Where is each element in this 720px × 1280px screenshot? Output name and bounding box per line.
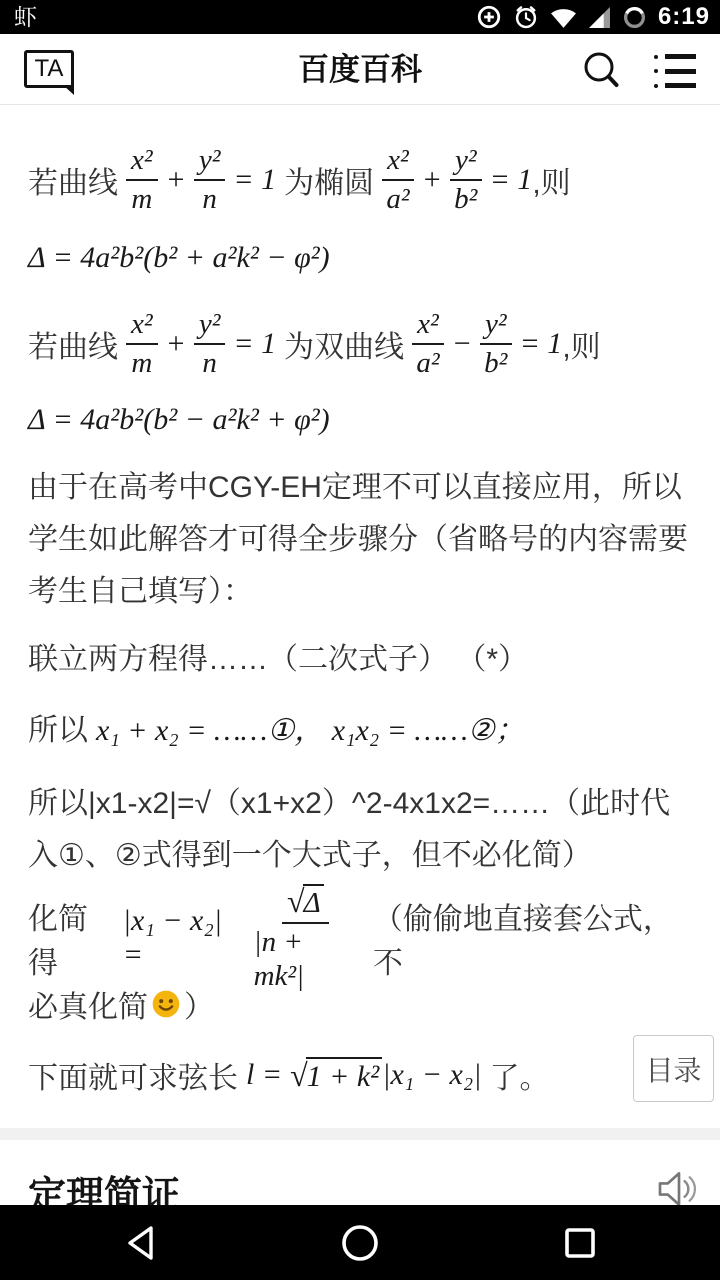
text-run: 了。 [489, 1053, 549, 1097]
line-simplify-formula: 化简得 |x₁ − x₂| = √Δ |n + mk²| （偷偷地直接套公式，不 [28, 894, 692, 982]
math-text: |x₁ − x₂| [382, 1058, 481, 1092]
denominator: n [202, 181, 217, 216]
denominator: b² [484, 345, 507, 380]
status-icons: 6:19 [476, 3, 710, 31]
numerator: y² [450, 144, 482, 181]
wifi-icon [550, 7, 577, 28]
section-title: 定理简证 [28, 1164, 692, 1205]
smiley-emoji [150, 988, 182, 1020]
app-header: TA 百度百科 [0, 34, 720, 105]
text-run: （偷偷地直接套公式，不 [373, 894, 692, 982]
cell-signal-icon [588, 7, 611, 28]
numerator: y² [480, 308, 512, 345]
paragraph-gaokao-note: 由于在高考中CGY-EH定理不可以直接应用，所以学生如此解答才可得全步骤分（省略… [28, 462, 692, 618]
math-text: Δ = 4a²b²(b² + a²k² − φ²) [28, 241, 330, 275]
back-button[interactable] [117, 1220, 163, 1266]
numerator: x² [126, 308, 158, 345]
home-button[interactable] [337, 1220, 383, 1266]
equals-one: = 1 [233, 163, 276, 197]
line-chord-length: 下面就可求弦长 l = √1 + k² |x₁ − x₂| 了。 [28, 1050, 692, 1100]
math-text: x₁ + x₂ = ……①， x₁x₂ = ……②； [96, 705, 525, 749]
text-run: 为椭圆 [284, 158, 374, 202]
clock-time: 6:19 [658, 3, 710, 31]
xiami-notification-icon: 虾 [14, 0, 37, 34]
fraction: y² n [194, 144, 226, 217]
fraction: x² m [126, 308, 158, 381]
numerator: x² [382, 144, 414, 181]
formula-delta-ellipse: Δ = 4a²b²(b² + a²k² − φ²) [28, 236, 692, 280]
sqrt-body: 1 + k² [306, 1057, 383, 1093]
denominator: m [131, 181, 152, 216]
android-nav-bar [0, 1205, 720, 1280]
numerator: x² [126, 144, 158, 181]
fraction: y² b² [480, 308, 512, 381]
denominator: m [131, 345, 152, 380]
sqrt-expression: √1 + k² [290, 1057, 382, 1094]
text-run: ） [184, 982, 214, 1026]
search-icon[interactable] [580, 48, 624, 92]
numerator: √Δ [282, 883, 329, 924]
formula-hyperbola-condition: 若曲线 x² m + y² n = 1 为双曲线 x² a² − y² b² =… [28, 294, 692, 394]
text-run: ,则 [562, 322, 600, 366]
text-run: 为双曲线 [284, 322, 404, 366]
text-run: 下面就可求弦长 [28, 1053, 238, 1097]
paragraph-abs-difference: 所以|x1-x2|=√（x1+x2）^2-4x1x2=……（此时代入①、②式得到… [28, 778, 692, 882]
denominator: a² [416, 345, 439, 380]
text-run: 联立两方程得……（二次式子） （*） [28, 634, 528, 678]
operator: + [166, 163, 186, 197]
formula-ellipse-condition: 若曲线 x² m + y² n = 1 为椭圆 x² a² + y² b² = … [28, 128, 692, 232]
menu-icon[interactable] [654, 52, 698, 90]
fraction: x² m [126, 144, 158, 217]
text-run: ,则 [532, 158, 570, 202]
alarm-clock-icon [513, 4, 539, 30]
screen: 虾 6:19 [0, 0, 720, 1280]
battery-circle-icon [622, 5, 647, 30]
section-divider [0, 1128, 720, 1140]
equals-one: = 1 [520, 327, 563, 361]
fraction: √Δ |n + mk²| [254, 883, 358, 993]
sqrt-body: Δ [303, 884, 324, 919]
radical-sign: √ [287, 883, 305, 919]
toc-button[interactable]: 目录 [633, 1035, 714, 1102]
text-run: 若曲线 [28, 322, 118, 366]
formula-delta-hyperbola: Δ = 4a²b²(b² − a²k² + φ²) [28, 398, 692, 442]
math-text: |x₁ − x₂| = [123, 904, 246, 972]
text-run: 所以 [28, 705, 88, 749]
operator: − [452, 327, 472, 361]
equals-one: = 1 [490, 163, 533, 197]
text-run: 化简得 [28, 894, 115, 982]
operator: + [166, 327, 186, 361]
line-combine-equations: 联立两方程得……（二次式子） （*） [28, 638, 692, 674]
data-saver-icon [476, 4, 502, 30]
operator: + [422, 163, 442, 197]
text-run: 必真化简 [28, 982, 148, 1026]
article-content[interactable]: 若曲线 x² m + y² n = 1 为椭圆 x² a² + y² b² = … [0, 106, 720, 1205]
numerator: y² [194, 308, 226, 345]
text-run: 若曲线 [28, 158, 118, 202]
fraction: x² a² [382, 144, 414, 217]
denominator: |n + mk²| [254, 924, 358, 993]
math-text: Δ = 4a²b²(b² − a²k² + φ²) [28, 403, 330, 437]
math-text: l = [246, 1058, 282, 1092]
fraction: y² n [194, 308, 226, 381]
denominator: b² [454, 181, 477, 216]
equals-one: = 1 [233, 327, 276, 361]
line-vieta: 所以 x₁ + x₂ = ……①， x₁x₂ = ……②； [28, 706, 692, 748]
fraction: y² b² [450, 144, 482, 217]
line-simplify-note-continued: 必真化简 ） [28, 982, 692, 1026]
numerator: y² [194, 144, 226, 181]
denominator: a² [386, 181, 409, 216]
status-bar: 虾 6:19 [0, 0, 720, 34]
numerator: x² [412, 308, 444, 345]
recents-button[interactable] [557, 1220, 603, 1266]
denominator: n [202, 345, 217, 380]
fraction: x² a² [412, 308, 444, 381]
